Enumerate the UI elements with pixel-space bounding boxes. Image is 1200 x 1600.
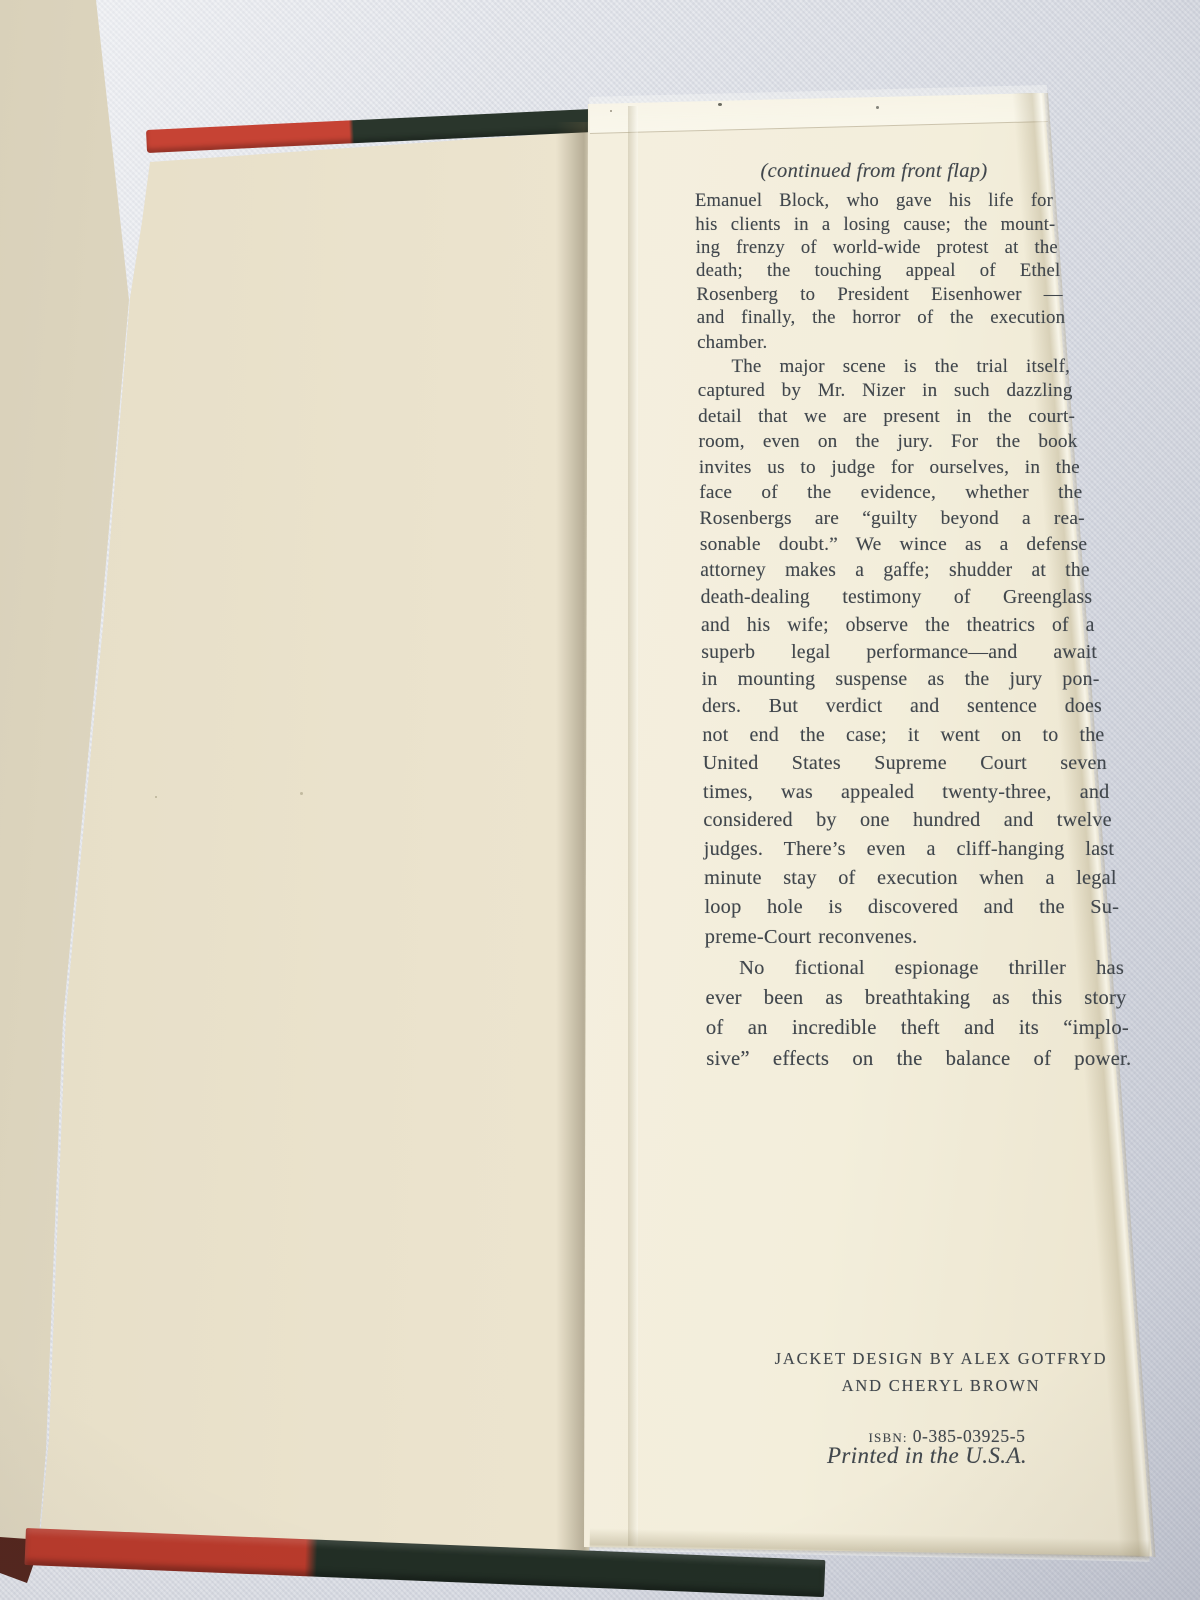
flap-text-line: minute stay of execution when a legal xyxy=(704,864,1117,893)
flap-text-line: United States Supreme Court seven xyxy=(703,749,1107,777)
flap-text-line: sonable doubt.” We wince as a defense xyxy=(700,532,1087,558)
paper-speck xyxy=(876,106,879,109)
printed-in-usa: Printed in the U.S.A. xyxy=(717,1443,1137,1469)
flap-text-block: (continued from front flap) Emanuel Bloc… xyxy=(695,153,1055,1074)
flap-text-line: invites us to judge for ourselves, in th… xyxy=(699,455,1080,481)
flap-text-line: death; the touching appeal of Ethel xyxy=(696,259,1060,283)
flap-text-line: face of the evidence, whether the xyxy=(699,480,1082,506)
flap-text-line: Emanuel Block, who gave his life for xyxy=(695,190,1053,213)
flap-text-line: of an incredible theft and its “implo- xyxy=(706,1013,1129,1044)
flap-text-line: detail that we are present in the court- xyxy=(698,404,1075,429)
flap-text-line: chamber. xyxy=(697,331,1068,355)
flap-vertical-crease xyxy=(628,106,638,1546)
flap-text-line: ders. But verdict and sentence does xyxy=(702,693,1102,721)
flap-text-line: ever been as breathtaking as this story xyxy=(706,983,1127,1013)
paper-speck xyxy=(610,110,612,112)
flap-text-line: superb legal performance—and await xyxy=(701,639,1097,666)
flap-text-line: preme-Court reconvenes. xyxy=(705,923,1122,953)
flap-text-line: judges. There’s even a cliff-hanging las… xyxy=(704,835,1115,864)
flap-text-line: and his wife; observe the theatrics of a xyxy=(701,612,1095,639)
flap-text-line: and finally, the horror of the execution xyxy=(697,306,1066,330)
flap-text-line: Rosenbergs are “guilty beyond a rea- xyxy=(700,506,1085,532)
flap-text-line: No fictional espionage thriller has xyxy=(705,953,1124,983)
flap-text-line: considered by one hundred and twelve xyxy=(703,806,1111,835)
paper-speck xyxy=(300,792,303,795)
jacket-credit-line-2: AND CHERYL BROWN xyxy=(731,1373,1151,1400)
flap-continued-header: (continued from front flap) xyxy=(695,153,1053,190)
flap-text-line: The major scene is the trial itself, xyxy=(697,355,1070,380)
jacket-credits: JACKET DESIGN BY ALEX GOTFRYD AND CHERYL… xyxy=(731,1346,1151,1399)
flap-text-line: captured by Mr. Nizer in such dazzling xyxy=(698,379,1073,404)
flap-text-line: not end the case; it went on to the xyxy=(702,721,1104,749)
flap-text-line: sive” effects on the balance of power. xyxy=(706,1044,1131,1075)
paper-speck xyxy=(718,103,722,106)
flap-text-line: room, even on the jury. For the book xyxy=(699,429,1078,454)
flap-text-line: attorney makes a gaffe; shudder at the xyxy=(700,558,1090,585)
flap-text-line: death-dealing testimony of Greenglass xyxy=(701,585,1093,612)
paper-speck xyxy=(155,796,157,798)
flap-text-line: in mounting suspense as the jury pon- xyxy=(702,666,1100,694)
flap-text-line: ing frenzy of world-wide protest at the xyxy=(696,236,1058,259)
flap-text-line: Rosenberg to President Eisenhower — xyxy=(696,283,1062,307)
jacket-credit-line-1: JACKET DESIGN BY ALEX GOTFRYD xyxy=(731,1346,1151,1373)
flap-text-line: loop hole is discovered and the Su- xyxy=(704,893,1119,923)
flap-text-line: times, was appealed twenty-three, and xyxy=(703,778,1109,807)
flap-text-line: his clients in a losing cause; the mount… xyxy=(695,213,1055,236)
